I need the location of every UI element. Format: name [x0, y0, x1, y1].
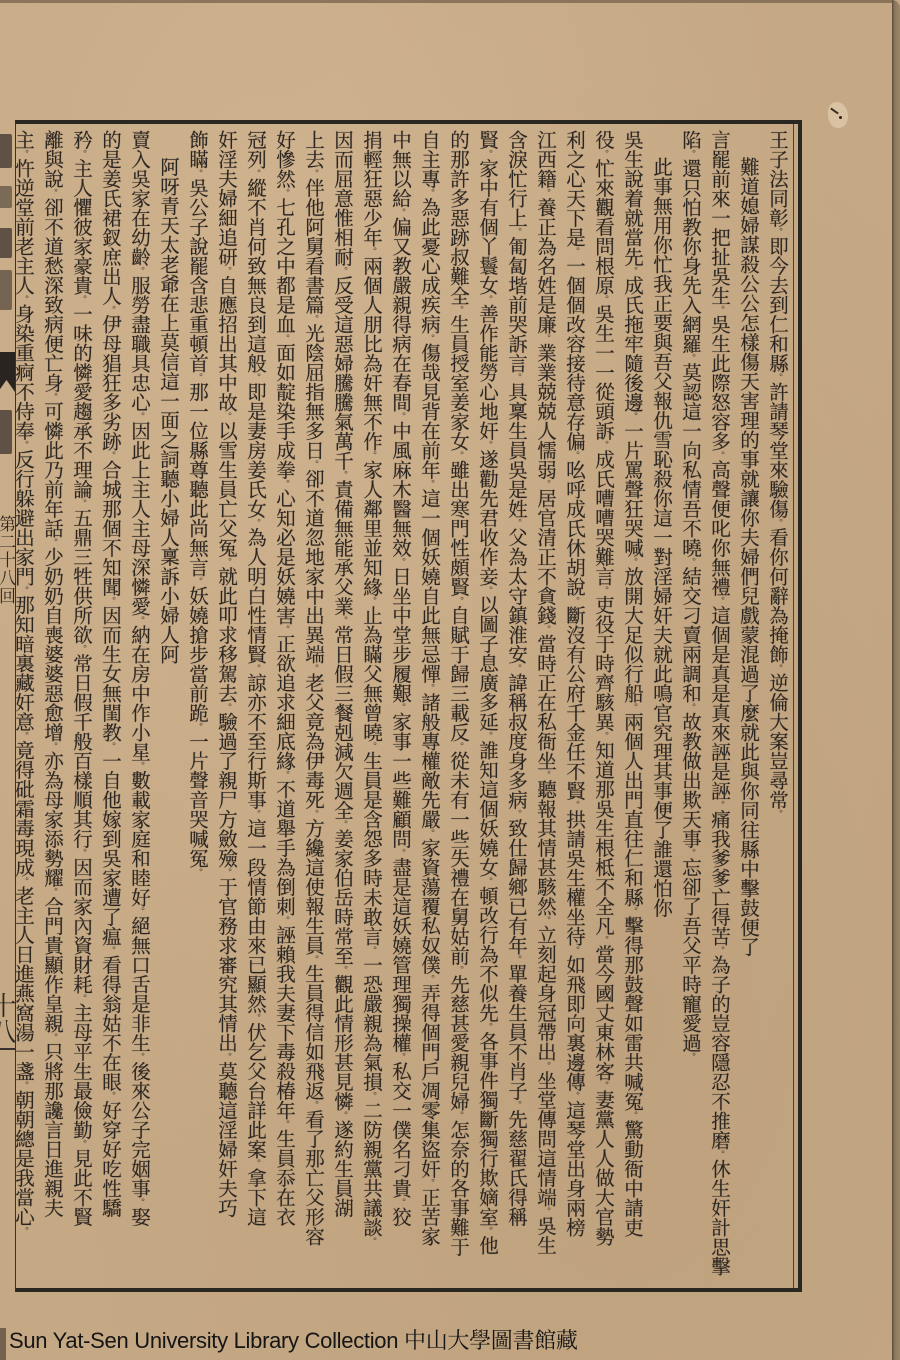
text-column: 冠列。縱不肖何致無良到這般。即是妻房姜氏女。為人明白性情賢。諒亦不至行斯事。這一… — [241, 127, 270, 1285]
text-column: 奸淫夫婦細追研。自應招出其中故。以雪生員亡父冤。就此叩求移駕去。驗過了親尸方斂殮… — [212, 127, 241, 1285]
text-column: 利之心天下是。一個個改容接待意存偏。吆呼成氏休胡說。斷沒有公府千金任不賢。拱請吳… — [560, 127, 589, 1285]
text-column: 陷。還只怕教你身先入網羅。莫認這一向私情吾不曉。結交刁賣兩調和。故教做出欺天事。… — [676, 127, 705, 1285]
collection-caption: Sun Yat-Sen University Library Collectio… — [9, 1324, 578, 1355]
text-column: 因而屈意惟相耐。反受這惡婦騰騰氣萬千。責備無能承父業。常日假三餐剋減欠週全。姜家… — [328, 127, 357, 1285]
text-column: 吳生說着就當先。成氏拖牢隨後邊。一片罵聲狂哭喊。放開大足似行船。兩個人出門直往仁… — [618, 127, 647, 1285]
text-column: 離與說。卻不道愁深致病便亡身。可憐此乃前年話。少奶奶自喪婆婆惡愈增。亦為母家添勢… — [38, 127, 67, 1285]
text-column: 主。忤逆堂前老主人。身染重痾不侍奉。反行躲避出家門。那知暗裏藏奸意。竟得砒霜毒現… — [9, 127, 38, 1285]
text-columns: 王子法同彰。即今去到仁和縣。許請琴堂來驗傷。看你何辭為掩飾。逆倫大案豈尋常。 難… — [9, 127, 792, 1287]
text-column: 好慘然。七孔之中都是血。面如靛染手成拳。心知必是妖嬈害。正欲追求細底緣。不道舉手… — [270, 127, 299, 1285]
text-frame: 王子法同彰。即今去到仁和縣。許請琴堂來驗傷。看你何辭為掩飾。逆倫大案豈尋常。 難… — [15, 120, 802, 1292]
text-column: 上去。伴他阿舅看書篇。光陰屈指無多日。卻不道忽地家中出異端。老父竟為伊毒死。方纔… — [299, 127, 328, 1285]
text-column: 言罷前來一把扯吳生。吳生此際怒容多。高聲便叱你無禮。這個是真是真來誣是誣。痛我爹… — [705, 127, 734, 1285]
text-column: 的那許多惡跡叔難全。生員授室姜家女。雖出寒門性頗賢。自賦于歸三載反。從未有一些失… — [444, 127, 473, 1285]
text-column: 飾瞞。吳公子說罷含悲重頓首。那一位縣尊聽此尚無言。妖嬈搶步當前跪。一片聲音哭喊冤… — [183, 127, 212, 1285]
text-column: 捐輕狂惡少年。兩個人朋比為奸無不作。家人鄰里並知緣。止為瞞父無曾曉。生員是含怨多… — [357, 127, 386, 1285]
text-column: 含淚忙行上。匍匐堦前哭訴言。具稟生員吳是姓。父為太守鎮淮安。諱稱叔度身多病。致仕… — [502, 127, 531, 1285]
text-column: 江西籍。養正為名姓是廉。業業兢兢人懦弱。居官清正不貪錢。當時正在私衙坐。聽報其情… — [531, 127, 560, 1285]
paper-tear-mark — [828, 102, 848, 128]
text-column: 中無以給。偏又教嚴親得病在春間。中風麻木醫無效。日坐中堂步履艱。家事一些難顧問。… — [386, 127, 415, 1285]
text-column: 王子法同彰。即今去到仁和縣。許請琴堂來驗傷。看你何辭為掩飾。逆倫大案豈尋常。 — [763, 127, 792, 1285]
text-column: 賢。家中有個丫鬟女。善作能勞心地奸。遂勸先君收作妾。以圖子息廣多延。誰知這個妖嬈… — [473, 127, 502, 1285]
text-column: 賣入吳家在幼齡。服勞盡職具忠心。因此上主人主母深憐愛。納在房中作小星。數載家庭和… — [125, 127, 154, 1285]
text-column: 阿呀青天太老爺在上莫信這一面之詞聽小婦人稟訴小婦人阿 — [154, 127, 183, 1285]
text-column: 難道媳婦謀殺公公怎樣傷天害理的事就讓你夫婦們兒戲蒙混過了麼就此與你同往縣中擊鼓便… — [734, 127, 763, 1285]
text-column: 役。忙來觀看問根原。吳生一一從頭訴。成氏嘈嘈哭難言。吏役于時齊駭異。知道那吳生根… — [589, 127, 618, 1285]
text-column: 的是姜氏裙釵庶出人。伊母猖狂多劣跡。合城那個不知聞。因而生女無閨教。一自他嫁到吳… — [96, 127, 125, 1285]
page-top-edge — [0, 0, 893, 3]
text-column: 此事無用你忙我正要與吾父報仇雪恥殺你這一對淫婦奸夫就此鳴官究理其事便了誰還怕你 — [647, 127, 676, 1285]
text-column: 自主專。為此憂心成疾病。傷哉見背在前年。這一個妖嬈自此無忌憚。諸般專權敵先嚴。家… — [415, 127, 444, 1285]
text-column: 矜。主人懼彼家豪貴。一味的憐愛趨承不理論。五鼎三牲供所欲。常日假千般百樣順其行。… — [67, 127, 96, 1285]
page-corner-shadow — [0, 1328, 6, 1360]
page-right-edge — [892, 0, 900, 1360]
